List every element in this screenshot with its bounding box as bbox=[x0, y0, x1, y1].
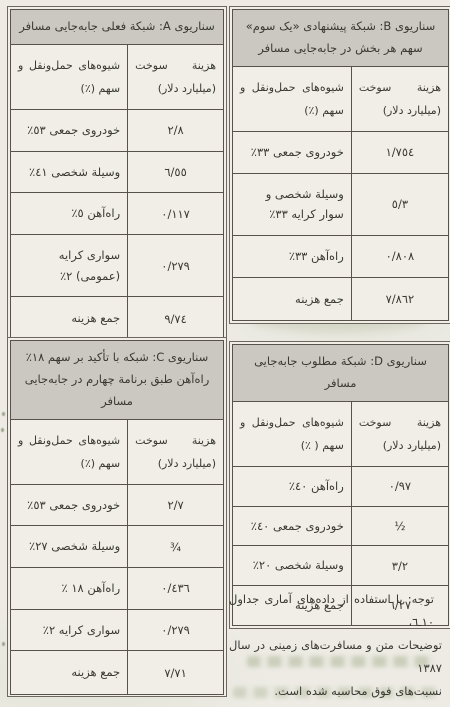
total-cost-value: ٧/٧١ bbox=[128, 651, 224, 695]
fuel-cost-value: ½ bbox=[351, 506, 448, 546]
column-header-fuel-cost: هزینة سوخت (میلیارد دلار) bbox=[351, 66, 448, 131]
table-title: سناریوی C: شبکه با تأکید بر سهم ١٨٪ راه‌… bbox=[11, 341, 224, 420]
transport-mode-label: وسیلة شخصی ٤١٪ bbox=[11, 151, 128, 193]
fuel-cost-value: ٠/١١٧ bbox=[128, 193, 224, 235]
column-header-transport-mode: شیوه‌های حمل‌ونقل و سهم (٪) bbox=[233, 66, 352, 131]
table-title-row: سناریوی B: شبکة پیشنهادی «یک سوم» سهم هر… bbox=[233, 10, 449, 67]
fuel-cost-value: ٠/٤٣٦ bbox=[128, 568, 224, 610]
table-row: ٥/٣ وسیلة شخصی و سوار کرایه ٣٣٪ bbox=[233, 173, 449, 235]
table-title-row: سناریوی A: شبکة فعلی جابه‌جایی مسافر bbox=[11, 10, 224, 45]
fuel-cost-value: ٠/٩٧ bbox=[351, 466, 448, 506]
margin-speck bbox=[2, 642, 5, 646]
fuel-cost-value: ٥/٣ bbox=[351, 173, 448, 235]
footnote-line: توضیحات متن و مسافرت‌های زمینی در سال ١٣… bbox=[229, 634, 442, 680]
table-row: ¾ وسیلة شخصی ٢٧٪ bbox=[11, 526, 224, 568]
column-header-transport-mode: شیوه‌های حمل‌ونقل و سهم (٪) bbox=[11, 419, 128, 484]
table-title-row: سناریوی D: شبکة مطلوب جابه‌جایی مسافر bbox=[233, 345, 449, 402]
total-cost-value: ٩/٧٤ bbox=[128, 297, 224, 341]
transport-mode-label: خودروی جمعی ٥٣٪ bbox=[11, 110, 128, 152]
fuel-cost-value: ¾ bbox=[128, 526, 224, 568]
margin-speck bbox=[1, 428, 4, 432]
table-title-row: سناریوی C: شبکه با تأکید بر سهم ١٨٪ راه‌… bbox=[11, 341, 224, 420]
table-row: ٦/٥٥ وسیلة شخصی ٤١٪ bbox=[11, 151, 224, 193]
transport-mode-label: راه‌آهن ٣٣٪ bbox=[233, 235, 352, 277]
table-row: ٠/٤٣٦ راه‌آهن ١٨ ٪ bbox=[11, 568, 224, 610]
scenario-c-data-table: سناریوی C: شبکه با تأکید بر سهم ١٨٪ راه‌… bbox=[10, 340, 224, 695]
transport-mode-label: وسیلة شخصی و سوار کرایه ٣٣٪ bbox=[233, 173, 352, 235]
total-label: جمع هزینه bbox=[233, 277, 352, 321]
total-label: جمع هزینه bbox=[11, 651, 128, 695]
scenario-b-data-table: سناریوی B: شبکة پیشنهادی «یک سوم» سهم هر… bbox=[232, 9, 449, 321]
table-total-row: ٧/٧١ جمع هزینه bbox=[11, 651, 224, 695]
transport-mode-label: خودروی جمعی ٥٣٪ bbox=[11, 484, 128, 526]
fuel-cost-value: ٠/٢٧٩ bbox=[128, 609, 224, 651]
footnote-line: نسبت‌های فوق محاسبه شده است. bbox=[229, 680, 442, 703]
table-row: ٢/٧ خودروی جمعی ٥٣٪ bbox=[11, 484, 224, 526]
scenario-a-data-table: سناریوی A: شبکة فعلی جابه‌جایی مسافر هزی… bbox=[10, 9, 224, 341]
table-header-row: هزینة سوخت (میلیارد دلار) شیوه‌های حمل‌و… bbox=[233, 401, 449, 466]
fuel-cost-value: ٠/٢٧٩ bbox=[128, 235, 224, 297]
table-scenario-c: سناریوی C: شبکه با تأکید بر سهم ١٨٪ راه‌… bbox=[7, 337, 227, 697]
column-header-transport-mode: شیوه‌های حمل‌ونقل و سهم ( ٪) bbox=[233, 401, 352, 466]
transport-mode-label: خودروی جمعی ٣٣٪ bbox=[233, 131, 352, 173]
transport-mode-label: وسیلة شخصی ٢٧٪ bbox=[11, 526, 128, 568]
table-row: ٢/٨ خودروی جمعی ٥٣٪ bbox=[11, 110, 224, 152]
transport-mode-label: راه‌آهن ٥٪ bbox=[11, 193, 128, 235]
footnote: توجه: با استفاده از داده‌های آماری جداول… bbox=[229, 588, 442, 703]
table-row: ٠/٢٧٩ سواری کرایه ٢٪ bbox=[11, 609, 224, 651]
total-label: جمع هزینه bbox=[11, 297, 128, 341]
column-header-fuel-cost: هزینة سوخت (میلیارد دلار) bbox=[128, 419, 224, 484]
column-header-fuel-cost: هزینة سوخت (میلیارد دلار) bbox=[351, 401, 448, 466]
table-row: ٠/٢٧٩ سواری کرایه (عمومی) ٢٪ bbox=[11, 235, 224, 297]
table-title: سناریوی A: شبکة فعلی جابه‌جایی مسافر bbox=[11, 10, 224, 45]
table-total-row: ٩/٧٤ جمع هزینه bbox=[11, 297, 224, 341]
table-total-row: ٧/٨٦٢ جمع هزینه bbox=[233, 277, 449, 321]
table-title: سناریوی D: شبکة مطلوب جابه‌جایی مسافر bbox=[233, 345, 449, 402]
transport-mode-label: سواری کرایه (عمومی) ٢٪ bbox=[11, 235, 128, 297]
transport-mode-label: سواری کرایه ٢٪ bbox=[11, 609, 128, 651]
scanned-document-page: سناریوی A: شبکة فعلی جابه‌جایی مسافر هزی… bbox=[0, 0, 450, 707]
table-scenario-a: سناریوی A: شبکة فعلی جابه‌جایی مسافر هزی… bbox=[7, 6, 227, 344]
table-row: ½ خودروی جمعی ٤٠٪ bbox=[233, 506, 449, 546]
fuel-cost-value: ٠/٨٠٨ bbox=[351, 235, 448, 277]
table-row: ٣/٢ وسیلة شخصی ٢٠٪ bbox=[233, 546, 449, 586]
margin-speck bbox=[2, 412, 5, 416]
column-header-transport-mode: شیوه‌های حمل‌ونقل و سهم (٪) bbox=[11, 44, 128, 109]
fuel-cost-value: ٢/٧ bbox=[128, 484, 224, 526]
table-header-row: هزینة سوخت (میلیارد دلار) شیوه‌های حمل‌و… bbox=[233, 66, 449, 131]
footnote-line: توجه: با استفاده از داده‌های آماری جداول… bbox=[229, 588, 442, 634]
transport-mode-label: وسیلة شخصی ٢٠٪ bbox=[233, 546, 352, 586]
table-row: ٠/١١٧ راه‌آهن ٥٪ bbox=[11, 193, 224, 235]
scenario-d-data-table: سناریوی D: شبکة مطلوب جابه‌جایی مسافر هز… bbox=[232, 344, 449, 626]
table-header-row: هزینة سوخت (میلیارد دلار) شیوه‌های حمل‌و… bbox=[11, 419, 224, 484]
fuel-cost-value: ٢/٨ bbox=[128, 110, 224, 152]
fuel-cost-value: ٦/٥٥ bbox=[128, 151, 224, 193]
transport-mode-label: خودروی جمعی ٤٠٪ bbox=[233, 506, 352, 546]
transport-mode-label: راه‌آهن ١٨ ٪ bbox=[11, 568, 128, 610]
table-row: ٠/٩٧ راه‌آهن ٤٠٪ bbox=[233, 466, 449, 506]
table-header-row: هزینة سوخت (میلیارد دلار) شیوه‌های حمل‌و… bbox=[11, 44, 224, 109]
column-header-fuel-cost: هزینة سوخت (میلیارد دلار) bbox=[128, 44, 224, 109]
table-title: سناریوی B: شبکة پیشنهادی «یک سوم» سهم هر… bbox=[233, 10, 449, 67]
total-cost-value: ٧/٨٦٢ bbox=[351, 277, 448, 321]
fuel-cost-value: ١/٧٥٤ bbox=[351, 131, 448, 173]
fuel-cost-value: ٣/٢ bbox=[351, 546, 448, 586]
table-scenario-d: سناریوی D: شبکة مطلوب جابه‌جایی مسافر هز… bbox=[229, 341, 450, 629]
table-row: ١/٧٥٤ خودروی جمعی ٣٣٪ bbox=[233, 131, 449, 173]
table-scenario-b: سناریوی B: شبکة پیشنهادی «یک سوم» سهم هر… bbox=[229, 6, 450, 324]
transport-mode-label: راه‌آهن ٤٠٪ bbox=[233, 466, 352, 506]
table-row: ٠/٨٠٨ راه‌آهن ٣٣٪ bbox=[233, 235, 449, 277]
